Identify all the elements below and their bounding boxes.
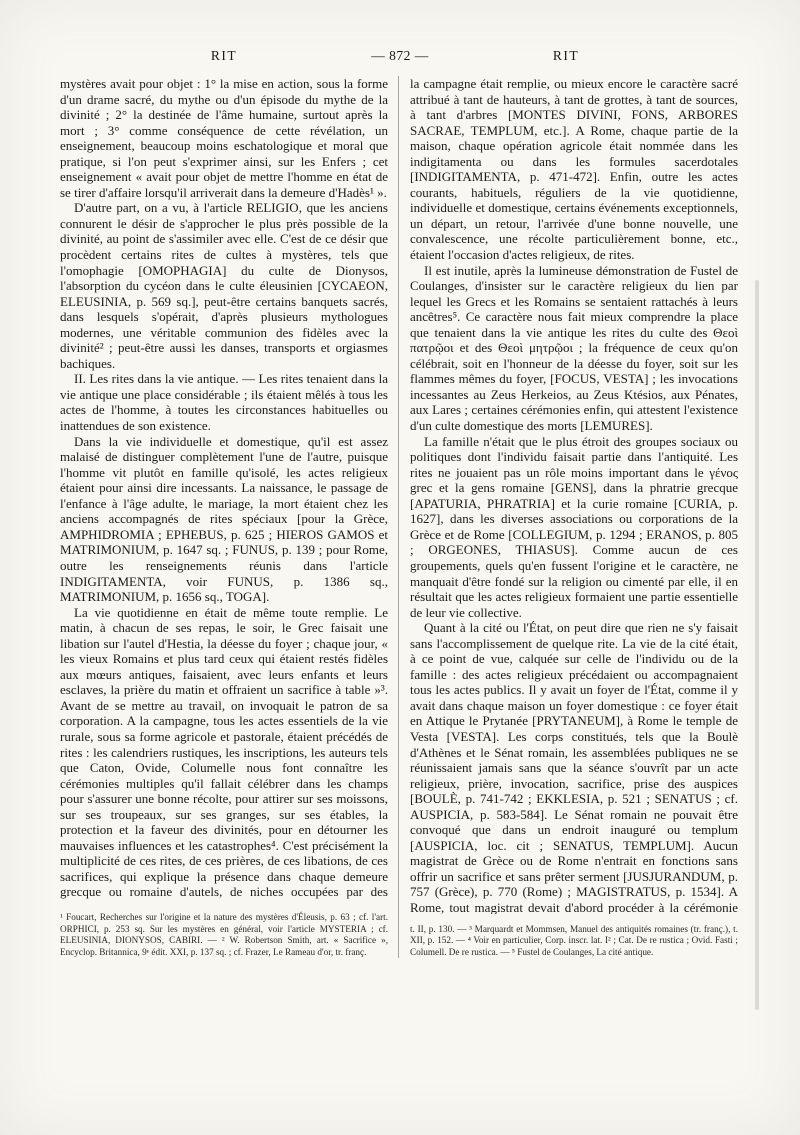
left-paragraph-1: mystères avait pour objet : 1° la mise e… <box>60 76 388 200</box>
right-paragraph-3: La famille n'était que le plus étroit de… <box>410 434 738 621</box>
left-column-body: mystères avait pour objet : 1° la mise e… <box>60 76 388 902</box>
right-paragraph-1: la campagne était remplie, ou mieux enco… <box>410 76 738 263</box>
left-paragraph-3-section-heading: II. Les rites dans la vie antique. — Les… <box>60 371 388 433</box>
page-number: — 872 — <box>371 48 429 64</box>
scanned-book-page: RIT — 872 — RIT mystères avait pour obje… <box>0 0 800 1135</box>
scan-artifact-streak <box>755 280 759 1010</box>
right-column: la campagne était remplie, ou mieux enco… <box>399 76 738 958</box>
left-footnote: ¹ Foucart, Recherches sur l'origine et l… <box>60 912 388 958</box>
running-title-right: RIT <box>553 48 579 64</box>
running-head: RIT — 872 — RIT <box>0 48 800 66</box>
two-column-text-block: mystères avait pour objet : 1° la mise e… <box>60 76 738 958</box>
left-paragraph-5: La vie quotidienne en était de même tout… <box>60 605 388 903</box>
left-column: mystères avait pour objet : 1° la mise e… <box>60 76 399 958</box>
left-paragraph-2: D'autre part, on a vu, à l'article RELIG… <box>60 200 388 371</box>
left-paragraph-4: Dans la vie individuelle et domestique, … <box>60 434 388 605</box>
right-column-body: la campagne était remplie, ou mieux enco… <box>410 76 738 914</box>
running-title-left: RIT <box>211 48 237 64</box>
right-paragraph-4: Quant à la cité ou l'État, on peut dire … <box>410 620 738 914</box>
right-paragraph-2: Il est inutile, après la lumineuse démon… <box>410 263 738 434</box>
right-footnote: t. II, p. 130. — ³ Marquardt et Mommsen,… <box>410 924 738 958</box>
